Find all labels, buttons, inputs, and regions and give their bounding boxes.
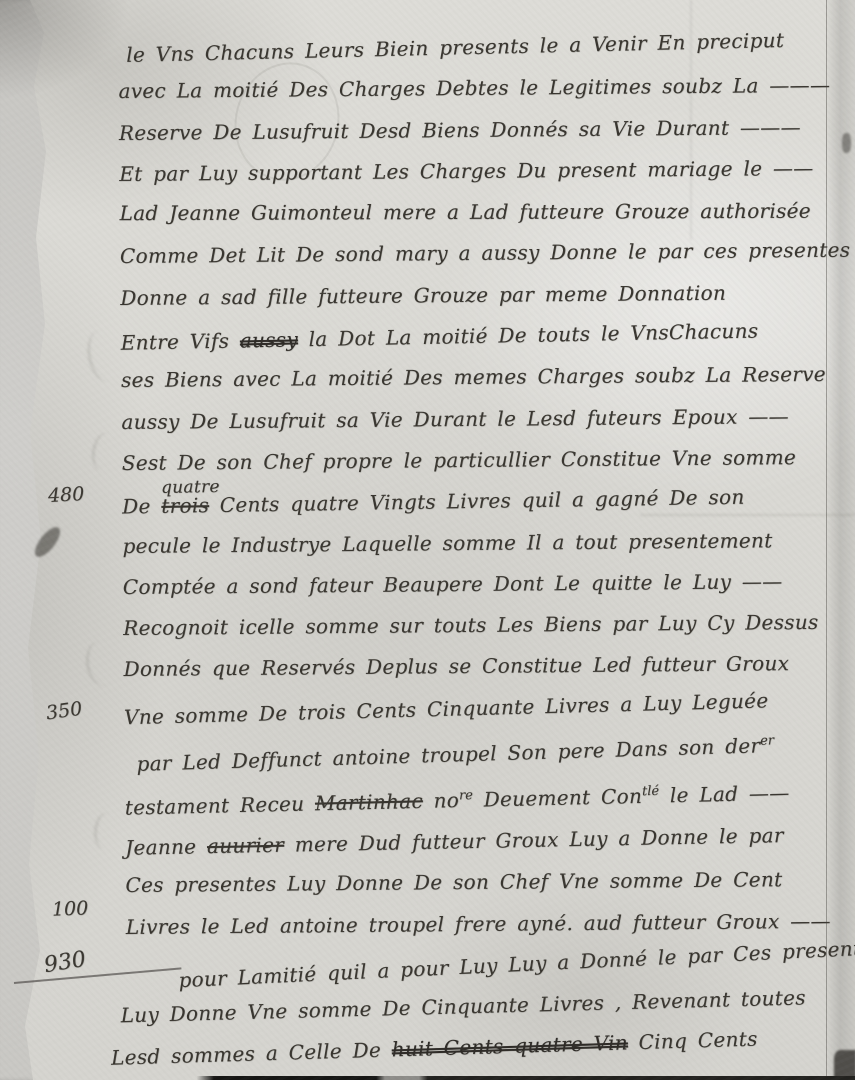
manuscript-segment: De — [122, 494, 162, 519]
manuscript-segment: Jeanne — [125, 834, 207, 860]
manuscript-line: Lad Jeanne Guimonteul mere a Lad futteur… — [120, 191, 835, 235]
manuscript-page: 480 350 100 930 le Vns Chacuns Leurs Bie… — [0, 0, 855, 1080]
manuscript-segment: le Lad —— — [659, 781, 790, 808]
manuscript-segment: Donne a sad fille futteure Grouze par me… — [120, 280, 726, 309]
ink-smudge — [842, 133, 851, 153]
manuscript-segment: le Vns Chacuns Leurs Biein presents le a… — [126, 28, 784, 67]
manuscript-line: Recognoit icelle somme sur touts Les Bie… — [123, 602, 838, 650]
manuscript-segment: Cents quatre Vingts Livres quil a gagné … — [209, 485, 745, 517]
manuscript-segment: Recognoit icelle somme sur touts Les Bie… — [123, 610, 819, 640]
bleedthrough-mark — [83, 638, 122, 688]
manuscript-line: Ces presentes Luy Donne De son Chef Vne … — [125, 859, 840, 907]
manuscript-segment: Lesd sommes a Celle De — [111, 1038, 392, 1070]
margin-amount-350: 350 — [45, 698, 84, 725]
margin-amount-930: 930 — [42, 947, 87, 978]
bleedthrough-mark — [92, 811, 121, 851]
manuscript-segment: Ces presentes Luy Donne De son Chef Vne … — [125, 867, 782, 897]
manuscript-segment: Reserve De Lusufruit Desd Biens Donnés s… — [119, 115, 801, 145]
margin-amount-480: 480 — [47, 483, 84, 507]
margin-amount-100: 100 — [52, 897, 89, 920]
manuscript-segment-strike: Martinhac — [315, 789, 424, 815]
manuscript-segment: avec La moitié Des Charges Debtes le Leg… — [118, 73, 830, 103]
manuscript-segment: Comme Det Lit De sond mary a aussy Donne… — [120, 238, 850, 268]
top-left-shadow — [0, 0, 130, 100]
manuscript-segment-sup: er — [760, 733, 774, 748]
manuscript-segment: no — [423, 788, 460, 813]
manuscript-segment: testament Receu — [125, 791, 316, 819]
bleedthrough-mark — [89, 430, 123, 474]
manuscript-text-block: le Vns Chacuns Leurs Biein presents le a… — [118, 24, 842, 1072]
manuscript-line: Comme Det Lit De sond mary a aussy Donne… — [120, 230, 835, 278]
manuscript-segment-scribble: aussy — [240, 327, 299, 352]
manuscript-segment: par Led Deffunct antoine troupel Son per… — [136, 733, 760, 776]
manuscript-segment: Lad Jeanne Guimonteul mere a Lad futteur… — [120, 199, 811, 225]
manuscript-segment: mere Dud futteur Groux Luy a Donne le pa… — [284, 823, 784, 857]
manuscript-line: avec La moitié Des Charges Debtes le Leg… — [118, 65, 833, 113]
manuscript-segment: ses Biens avec La moitié Des memes Charg… — [121, 362, 826, 392]
manuscript-line: Reserve De Lusufruit Desd Biens Donnés s… — [119, 106, 834, 154]
manuscript-segment: Deuement Con — [473, 784, 643, 812]
manuscript-segment-above: quatre — [161, 467, 220, 509]
manuscript-segment-sup: re — [459, 788, 473, 803]
manuscript-segment: Cinq Cents — [628, 1027, 758, 1055]
manuscript-segment: Sest De son Chef propre le particullier … — [122, 445, 797, 475]
manuscript-segment-sup: tlé — [642, 784, 659, 799]
bleedthrough-mark — [83, 327, 124, 384]
manuscript-segment: Comptée a sond fateur Beaupere Dont Le q… — [123, 569, 783, 599]
manuscript-line: Et par Luy supportant Les Charges Du pre… — [119, 148, 834, 196]
manuscript-line: aussy De Lusufruit sa Vie Durant le Lesd… — [121, 395, 836, 443]
manuscript-line: pecule le Industrye Laquelle somme Il a … — [122, 519, 837, 567]
manuscript-line: ses Biens avec La moitié Des memes Charg… — [121, 354, 836, 402]
manuscript-segment-scribble: huit Cents quatre Vin — [391, 1031, 628, 1062]
manuscript-line: Comptée a sond fateur Beaupere Dont Le q… — [123, 561, 838, 609]
manuscript-segment: Et par Luy supportant Les Charges Du pre… — [119, 156, 814, 186]
manuscript-segment: Entre Vifs — [121, 329, 241, 355]
manuscript-segment: aussy De Lusufruit sa Vie Durant le Lesd… — [121, 404, 789, 434]
manuscript-segment: pecule le Industrye Laquelle somme Il a … — [122, 528, 772, 558]
manuscript-segment: la Dot La moitié De touts le VnsChacuns — [298, 319, 759, 352]
manuscript-segment: Donnés que Reservés Deplus se Constitue … — [123, 652, 789, 682]
manuscript-segment-strike: auurier — [207, 833, 285, 858]
